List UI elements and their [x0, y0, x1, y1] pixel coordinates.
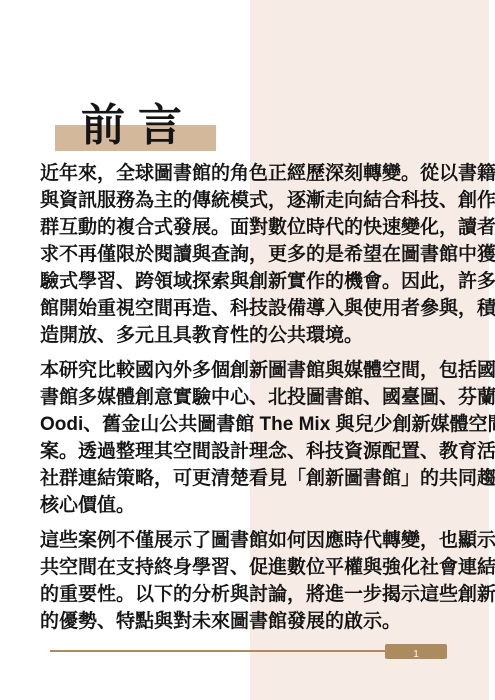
text-line: 與資訊服務為主的傳統模式，逐漸走向結合科技、創作與社 — [40, 187, 456, 214]
text-line: 案。透過整理其空間設計理念、科技資源配置、教育活動與 — [40, 438, 456, 465]
text-line: 這些案例不僅展示了圖書館如何因應時代轉變，也顯示出公 — [40, 527, 456, 554]
footer-rule — [50, 650, 385, 652]
text-line: 的重要性。以下的分析與討論，將進一步揭示這些創新空間 — [40, 581, 456, 608]
paragraph: 本研究比較國內外多個創新圖書館與媒體空間，包括國家圖 書館多媒體創意實驗中心、北… — [40, 357, 456, 519]
text-line: 群互動的複合式發展。面對數位時代的快速變化，讀者的需 — [40, 214, 456, 241]
document-page: 前言 近年來，全球圖書館的角色正經歷深刻轉變。從以書籍典藏 與資訊服務為主的傳統… — [0, 0, 495, 700]
text-line: 驗式學習、跨領域探索與創新實作的機會。因此，許多圖書 — [40, 268, 456, 295]
text-line: 核心價值。 — [40, 492, 456, 519]
page-title: 前言 — [81, 100, 195, 152]
text-line: 書館多媒體創意實驗中心、北投圖書館、國臺圖、芬蘭 — [40, 384, 456, 411]
text-line: Oodi、舊金山公共圖書館 The Mix 與兒少創新媒體空間等個 — [40, 411, 456, 438]
text-line: 共空間在支持終身學習、促進數位平權與強化社會連結方面 — [40, 554, 456, 581]
text-line: 近年來，全球圖書館的角色正經歷深刻轉變。從以書籍典藏 — [40, 160, 456, 187]
page-number: 1 — [413, 647, 419, 662]
text-line: 造開放、多元且具教育性的公共環境。 — [40, 322, 456, 349]
paragraph: 近年來，全球圖書館的角色正經歷深刻轉變。從以書籍典藏 與資訊服務為主的傳統模式，… — [40, 160, 456, 349]
text-line: 館開始重視空間再造、科技設備導入與使用者參與，積極打 — [40, 295, 456, 322]
body-text: 近年來，全球圖書館的角色正經歷深刻轉變。從以書籍典藏 與資訊服務為主的傳統模式，… — [40, 160, 456, 635]
text-line: 求不再僅限於閱讀與查詢，更多的是希望在圖書館中獲得體 — [40, 241, 456, 268]
text-line: 的優勢、特點與對未來圖書館發展的啟示。 — [40, 608, 456, 635]
page-number-box: 1 — [385, 644, 447, 659]
paragraph: 這些案例不僅展示了圖書館如何因應時代轉變，也顯示出公 共空間在支持終身學習、促進… — [40, 527, 456, 635]
text-line: 社群連結策略，可更清楚看見「創新圖書館」的共同趨勢與 — [40, 465, 456, 492]
text-line: 本研究比較國內外多個創新圖書館與媒體空間，包括國家圖 — [40, 357, 456, 384]
